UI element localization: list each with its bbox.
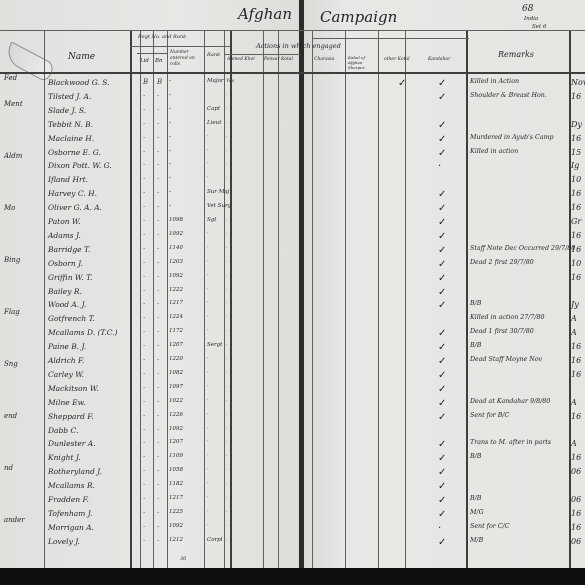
row-bn: · [157,189,159,197]
row-rank-flag: · [226,426,228,432]
row-lid: · [143,134,145,142]
row-remark: Killed in action [470,148,518,155]
row-rule [0,30,585,31]
row-remark: Trans to M. after in parts [470,439,551,446]
row-rank-flag: · [226,231,228,237]
row-number: - [169,175,171,181]
margin-note: Ment [4,100,23,108]
row-lid: · [143,273,145,281]
margin-note: nd [4,464,13,472]
row-name: Mackitson W. [48,384,99,393]
row-bn: · [157,273,159,281]
header-kabul: Kabul of Afghan Sherpur [348,55,378,70]
row-remark: B/B [470,453,481,460]
row-other-action: ✓ [398,78,406,89]
row-bn: · [157,231,159,239]
row-rank-flag: · [226,134,228,140]
row-number: 1109 [169,453,183,459]
row-number: 1224 [169,314,183,320]
row-rank-flag: · [226,148,228,154]
row-lid: · [143,300,145,308]
row-lid: · [143,175,145,183]
column-rule [345,30,346,568]
row-lid: · [143,217,145,225]
row-remark: Killed in action 27/7/80 [470,314,545,321]
row-kandahar: ✓ [438,203,446,214]
row-rank: Corpl [207,537,222,543]
row-name: Griffin W. T. [48,273,92,282]
row-lid: · [143,259,145,267]
row-rank-flag: · [226,509,228,515]
row-rank-flag: · [226,328,228,334]
row-rank: · [207,300,209,306]
row-lid: · [143,370,145,378]
row-kandahar: ✓ [438,342,446,353]
row-rank: · [207,384,209,390]
row-next-page-col: Gr [571,217,581,226]
column-rule [130,30,132,568]
column-rule [44,30,45,568]
row-kandahar: ✓ [438,273,446,284]
row-lid: · [143,106,145,114]
row-number: 1182 [169,481,183,487]
row-remark: M/G [470,509,484,516]
row-next-page-col: 16 [571,231,581,240]
row-next-page-col: 16 [571,523,581,532]
margin-note: Mo [4,204,15,212]
row-kandahar: ✓ [438,439,446,450]
row-bn: · [157,384,159,392]
row-rule [225,54,300,55]
row-bn: · [157,92,159,100]
row-bn: · [157,259,159,267]
row-bn: · [157,148,159,156]
row-name: Wood A. J. [48,300,86,309]
row-name: Barridge T. [48,245,90,254]
row-next-page-col: 16 [571,92,581,101]
row-name: Rotheryland J. [48,467,102,476]
row-next-page-col: Ig [571,161,579,170]
row-next-page-col: 16 [571,134,581,143]
row-next-page-col: 16 [571,412,581,421]
row-rank-flag: · [226,439,228,445]
row-number: 1220 [169,356,183,362]
row-rank: · [207,134,209,140]
row-kandahar: ✓ [438,481,446,492]
folio-note: India [524,16,538,22]
row-rank: Capt [207,106,220,112]
row-rank: Sgt [207,217,217,223]
row-kandahar: ✓ [438,231,446,242]
row-remark: Killed in Action [470,78,519,85]
row-lid: · [143,426,145,434]
margin-note: ander [4,516,25,524]
row-rank: · [207,245,209,251]
row-bn: · [157,203,159,211]
row-rank: · [207,398,209,404]
row-rank: · [207,328,209,334]
row-kandahar: ✓ [438,453,446,464]
row-rank-flag: · [226,523,228,529]
row-remark: Sent for C/C [470,523,510,530]
column-rule [312,30,313,568]
header-bn: Bn [155,58,163,64]
row-rank: · [207,273,209,279]
row-next-page-col: 16 [571,203,581,212]
row-kandahar: ✓ [438,259,446,270]
row-lid: · [143,231,145,239]
stray-mark: 30 [180,556,186,562]
row-next-page-col: 15 [571,148,581,157]
row-number: 1098 [169,217,183,223]
row-kandahar: ✓ [438,134,446,145]
row-lid: · [143,398,145,406]
header-lid: Lid [140,58,149,64]
row-number: - [169,106,171,112]
row-rank-flag: · [226,370,228,376]
title-right: Campaign [320,8,397,26]
row-number: 1082 [169,370,183,376]
row-rank-flag: · [226,217,228,223]
row-name: Lovely J. [48,537,80,546]
row-rank: · [207,412,209,418]
row-name: Osborn J. [48,259,83,268]
row-rank-flag: · [226,92,228,98]
row-lid: · [143,495,145,503]
row-lid: · [143,481,145,489]
row-name: Aldrich F. [48,356,84,365]
row-number: 1207 [169,342,183,348]
row-rank: · [207,175,209,181]
row-rank-flag: · [226,481,228,487]
row-rule [130,46,230,47]
column-rule [167,30,168,568]
row-number: - [169,78,171,84]
row-rank-flag: · [226,161,228,167]
column-rule [466,30,468,568]
row-name: Carley W. [48,370,84,379]
row-number: 1058 [169,467,183,473]
row-number: - [169,203,171,209]
title-left: Afghan [238,5,292,23]
row-number: 1212 [169,537,183,543]
row-next-page-col: 10 [571,175,581,184]
row-number: - [169,120,171,126]
row-bn: · [157,509,159,517]
row-next-page-col: Dy [571,120,582,129]
margin-label: Fed [4,74,17,82]
row-rank: · [207,287,209,293]
row-next-page-col: 06 [571,467,581,476]
row-number: 1207 [169,439,183,445]
row-kandahar: · [438,161,441,172]
row-rank-flag: · [226,412,228,418]
header-name: Name [68,52,95,62]
row-kandahar: ✓ [438,287,446,298]
row-rule [137,53,167,54]
row-bn: · [157,523,159,531]
row-bn: · [157,134,159,142]
row-rank: · [207,509,209,515]
row-rank-flag: · [226,273,228,279]
row-bn: · [157,439,159,447]
column-rule [378,30,379,568]
row-lid: · [143,439,145,447]
row-bn: · [157,537,159,545]
row-rank-flag: · [226,467,228,473]
folio-number: 68 [522,4,533,14]
row-rank-flag: · [226,245,228,251]
row-remark: B/B [470,495,481,502]
row-remark: B/B [470,342,481,349]
row-name: Ifland Hrt. [48,175,88,184]
row-rank: · [207,481,209,487]
row-bn: · [157,217,159,225]
row-remark: M/B [470,537,483,544]
row-rank: · [207,148,209,154]
row-rank: · [207,453,209,459]
row-rank: · [207,495,209,501]
row-rank: · [207,231,209,237]
row-number: 1172 [169,328,183,334]
row-name: Fradden F. [48,495,89,504]
column-rule [140,30,141,568]
row-remark: Dead 2 first 29/7/80 [470,259,534,266]
row-name: Dunlester A. [48,439,96,448]
row-number: 1022 [169,398,183,404]
row-bn: · [157,356,159,364]
row-number: 1217 [169,495,183,501]
row-kandahar: ✓ [438,189,446,200]
row-next-page-col: A [571,328,577,337]
row-rank: Sergt [207,342,222,348]
margin-note: Aldm [4,152,22,160]
row-kandahar: ✓ [438,148,446,159]
book-gutter [299,0,304,568]
row-lid: · [143,356,145,364]
row-name: Adams J. [48,231,81,240]
row-name: Mcallams R. [48,481,95,490]
row-next-page-col: 16 [571,245,581,254]
row-name: Paton W. [48,217,81,226]
row-number: 1226 [169,412,183,418]
row-bn: · [157,106,159,114]
row-rank: · [207,439,209,445]
row-number: 1203 [169,259,183,265]
row-next-page-col: A [571,439,577,448]
row-lid: · [143,523,145,531]
row-number: 1225 [169,509,183,515]
row-name: Tofenham J. [48,509,93,518]
row-next-page-col: 16 [571,356,581,365]
row-rank: · [207,467,209,473]
row-rank-flag: · [226,259,228,265]
row-rank-flag: Yes [226,78,234,84]
row-remark: Murdered in Ayub's Camp [470,134,554,141]
row-lid: · [143,203,145,211]
row-lid: · [143,384,145,392]
row-next-page-col: 06 [571,537,581,546]
row-kandahar: ✓ [438,120,446,131]
row-kandahar: ✓ [438,356,446,367]
row-rank-flag: · [226,203,228,209]
margin-note: Sng [4,360,18,368]
header-charasia: Charasia [314,57,334,62]
row-rank-flag: · [226,537,228,543]
row-lid: · [143,120,145,128]
row-lid: · [143,509,145,517]
row-number: 1092 [169,273,183,279]
row-rule [0,72,585,74]
row-name: Gotfrench T. [48,314,95,323]
row-number: - [169,92,171,98]
row-rank: · [207,161,209,167]
row-lid: · [143,328,145,336]
header-number: Number entered on rolls [170,50,204,68]
row-remark: Dead 1 first 30/7/80 [470,328,534,335]
row-kandahar: ✓ [438,384,446,395]
row-bn: · [157,245,159,253]
row-rank-flag: · [226,175,228,181]
row-number: - [169,189,171,195]
row-bn: · [157,120,159,128]
row-lid: B [143,78,148,86]
row-remark: Staff Note Dec Occurred 29/7/80 [470,245,575,252]
row-rank: · [207,523,209,529]
row-next-page-col: 16 [571,189,581,198]
row-bn: · [157,370,159,378]
row-bn: · [157,314,159,322]
row-next-page-col: A [571,398,577,407]
row-bn: · [157,300,159,308]
header-ahmed-khel: Ahmed Khel [227,57,255,62]
row-next-page-col: 06 [571,495,581,504]
row-name: Knight J. [48,453,81,462]
row-kandahar: ✓ [438,509,446,520]
column-rule [230,30,232,568]
row-rank: · [207,314,209,320]
row-lid: · [143,287,145,295]
row-remark: Shoulder & Breast Hon. [470,92,547,99]
row-bn: · [157,426,159,434]
row-rank: Major [207,78,224,84]
row-next-page-col: 10 [571,259,581,268]
row-rank-flag: · [226,384,228,390]
row-bn: · [157,328,159,336]
row-remark: Sent for B/C [470,412,509,419]
header-actions: Actions in which engaged [256,42,341,50]
row-name: Osborne E. G. [48,148,101,157]
row-name: Mcallams D. (T.C.) [48,328,117,337]
row-next-page-col: Jy [571,300,579,309]
row-lid: · [143,412,145,420]
row-name: Oliver G. A. A. [48,203,102,212]
row-name: Maclaine H. [48,134,94,143]
row-rank: · [207,426,209,432]
row-kandahar: ✓ [438,78,446,89]
row-lid: · [143,537,145,545]
book-bottom-edge [0,568,585,585]
column-rule [569,30,571,568]
column-rule [263,30,264,568]
row-number: - [169,161,171,167]
row-rank-flag: · [226,120,228,126]
row-number: 1092 [169,231,183,237]
row-rank: · [207,259,209,265]
row-lid: · [143,161,145,169]
row-next-page-col: 16 [571,509,581,518]
row-rank-flag: · [226,453,228,459]
row-name: Tebbit N. B. [48,120,93,129]
row-remark: B/B [470,300,481,307]
row-next-page-col: A [571,314,577,323]
row-kandahar: · [438,523,441,534]
column-rule [204,30,205,568]
row-remark: Dead Staff Moyne Nov [470,356,542,363]
row-name: Tilsted J. A. [48,92,91,101]
row-next-page-col: 16 [571,453,581,462]
row-rank-flag: · [226,495,228,501]
header-rank: Rank [207,52,220,58]
row-rank: · [207,356,209,362]
row-rank: · [207,370,209,376]
row-name: Slade J. S. [48,106,86,115]
row-number: 1097 [169,384,183,390]
row-next-page-col: 16 [571,370,581,379]
row-name: Blackwood G. S. [48,78,110,87]
row-number: 1092 [169,426,183,432]
row-bn: B [157,78,162,86]
row-number: 1222 [169,287,183,293]
row-bn: · [157,467,159,475]
row-name: Dabb C. [48,426,78,435]
row-bn: · [157,287,159,295]
row-lid: · [143,342,145,350]
row-kandahar: ✓ [438,217,446,228]
header-kandahar: Kandahar [428,57,450,62]
row-name: Dixon Pott. W. G. [48,161,112,170]
row-bn: · [157,453,159,461]
row-kandahar: ✓ [438,412,446,423]
row-kandahar: ✓ [438,495,446,506]
header-peiwar-kotal: Peiwar Kotal [264,57,293,62]
row-kandahar: ✓ [438,467,446,478]
row-number: - [169,134,171,140]
row-rank-flag: · [226,342,228,348]
row-bn: · [157,342,159,350]
column-rule [153,30,154,568]
row-rank-flag: · [226,356,228,362]
header-remarks: Remarks [498,50,534,59]
margin-note: Bing [4,256,20,264]
row-number: 1140 [169,245,183,251]
margin-note: Flag [4,308,20,316]
row-rank-flag: · [226,398,228,404]
row-rank: Lieut [207,120,221,126]
column-rule [278,30,279,568]
row-kandahar: ✓ [438,370,446,381]
row-remark: Dead at Kandahar 9/8/80 [470,398,550,405]
row-rank-flag: · [226,189,228,195]
row-kandahar: ✓ [438,300,446,311]
row-bn: · [157,412,159,420]
row-kandahar: ✓ [438,398,446,409]
row-kandahar: ✓ [438,537,446,548]
column-rule [224,30,225,568]
row-bn: · [157,495,159,503]
row-name: Harvey C. H. [48,189,97,198]
row-number: - [169,148,171,154]
